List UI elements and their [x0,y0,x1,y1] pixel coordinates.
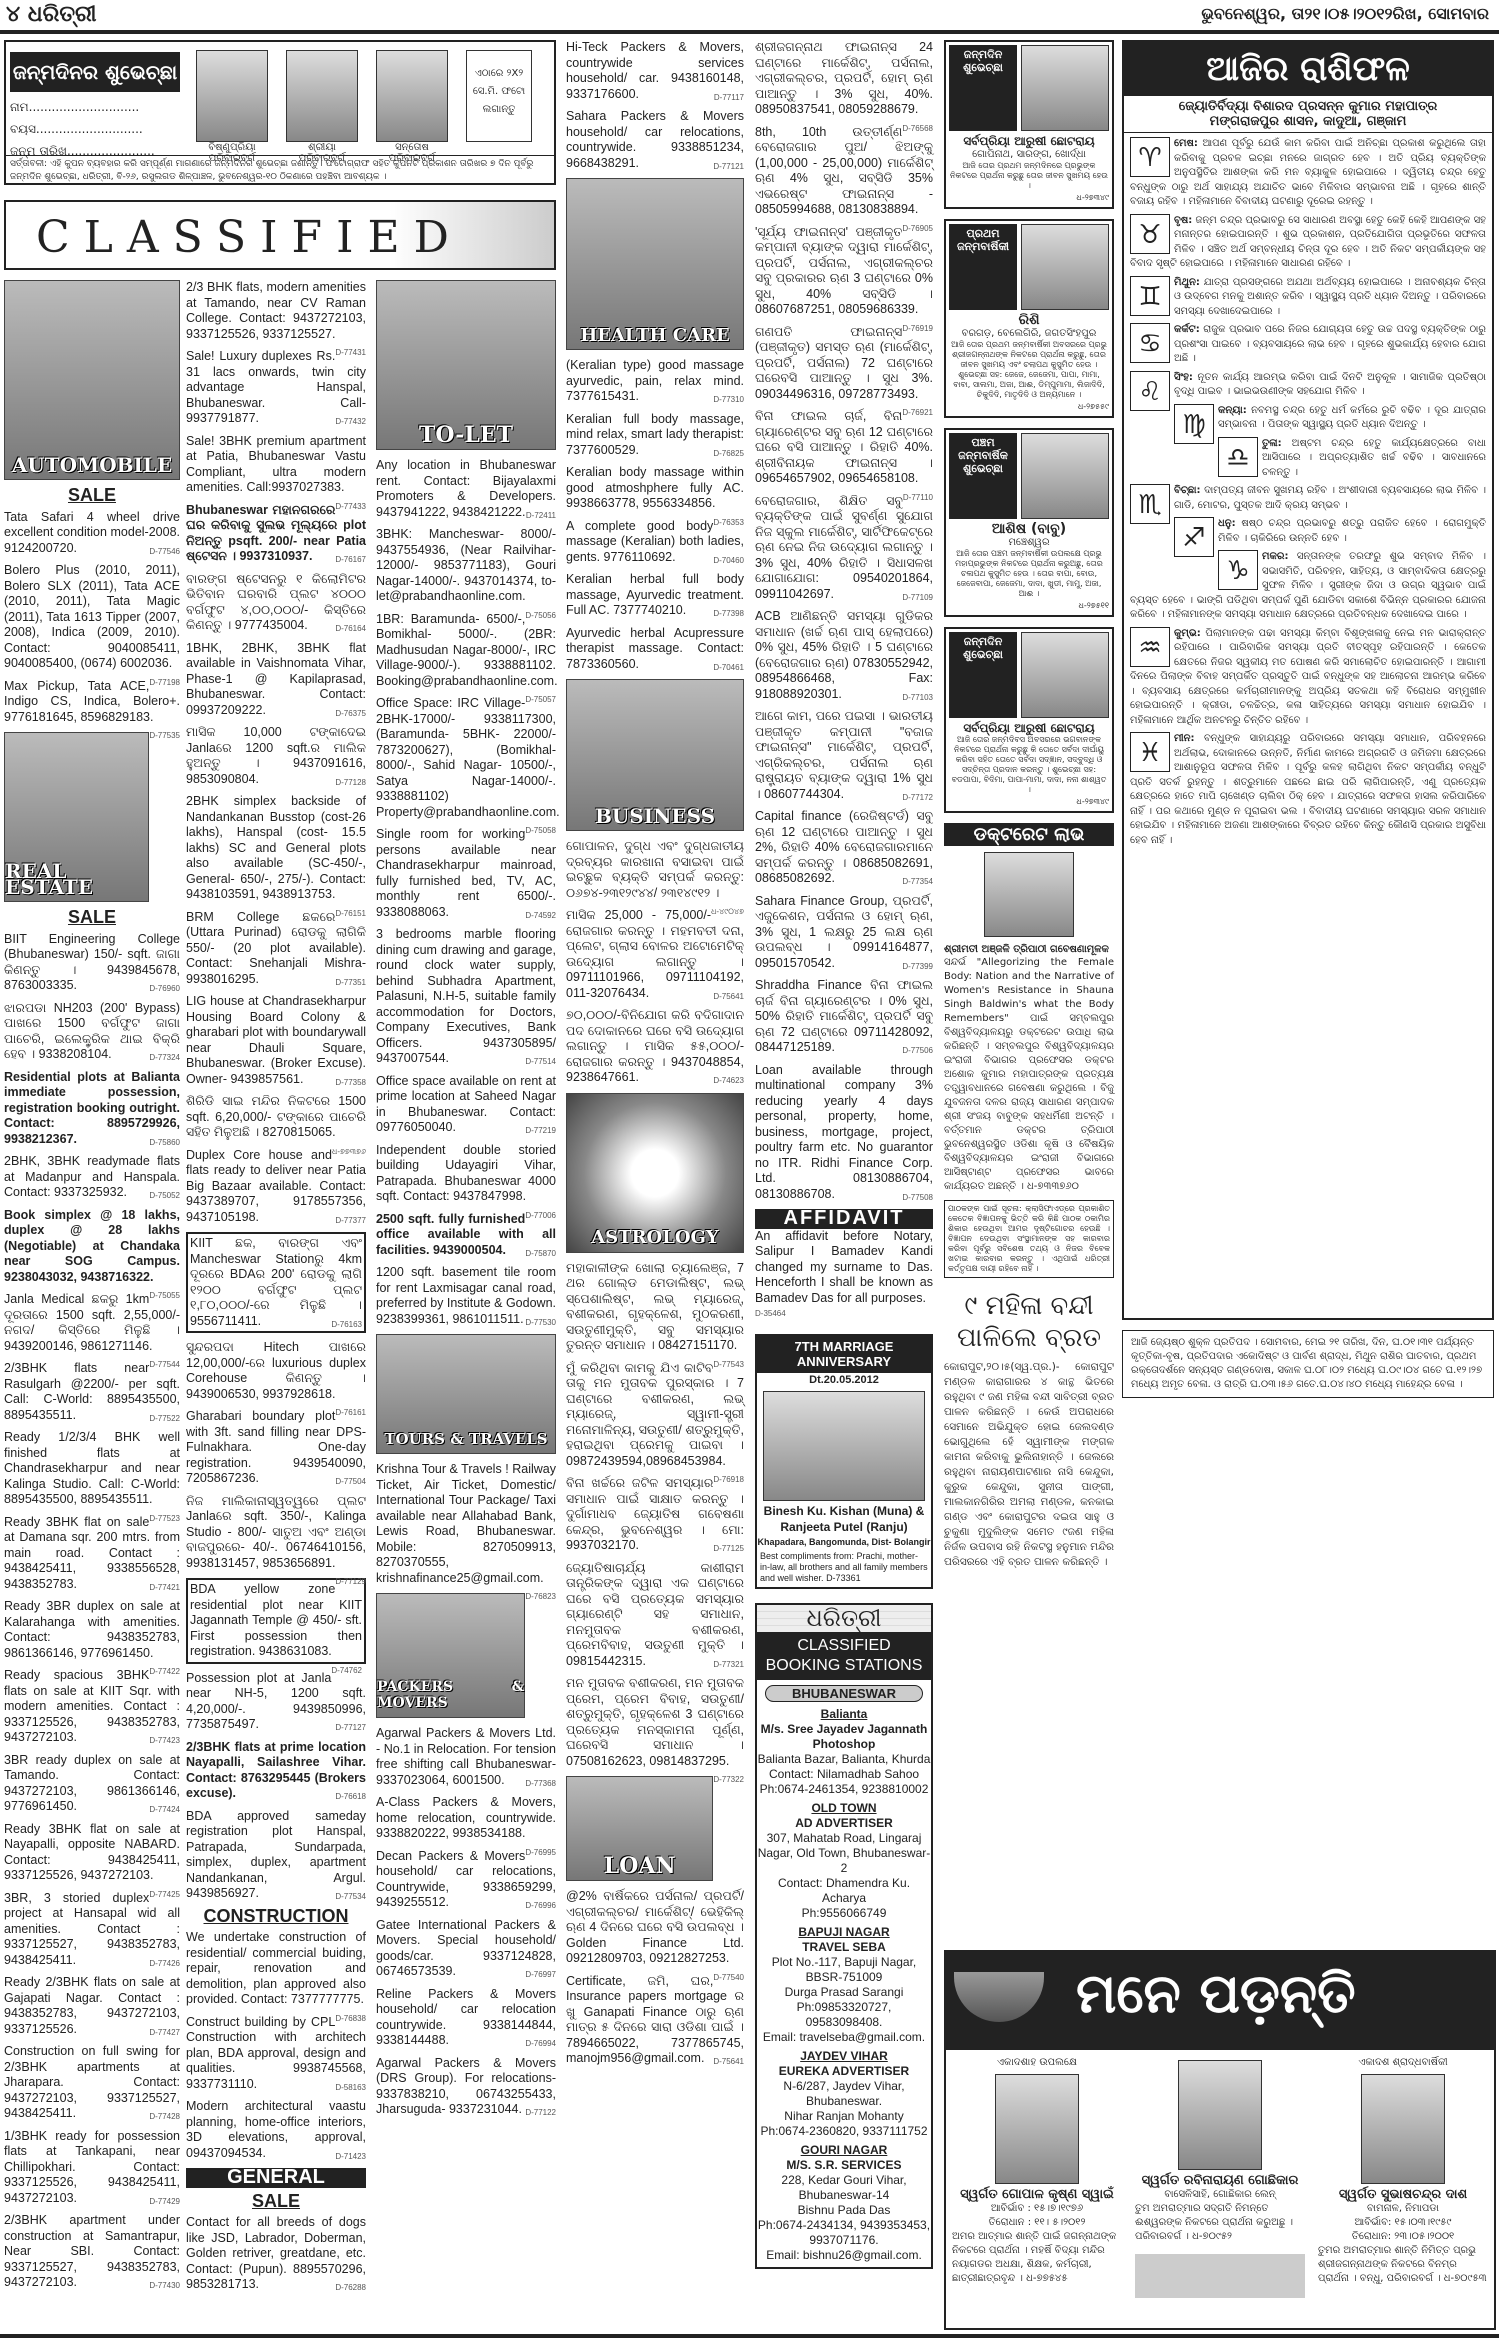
classified-ad: ACB ଆଣିଛନ୍ତି ସମସ୍ୟା ଗୁଡିକର ସମାଧାନ (ଖର୍ଚ୍… [755,609,933,702]
classified-ad: 3BHK: Mancheswar- 8000/- 9437554936, (Ne… [376,527,556,605]
coupon-photo: ସନ୍ତୋଷପରିବାରବର୍ଗ [376,50,448,164]
section-heading-general: GENERAL [186,2168,366,2188]
classified-ad: ବେରୋଜଗାର, ଶିକ୍ଷିତ ସବୁ ବ୍ୟକ୍ତିଙ୍କ ପାଇଁ ସୁ… [755,494,933,603]
classified-ad: 'ସୂର୍ଯ୍ୟ ଫାଇନାନ୍ସ' ପଞ୍ଜୀକୃତ କମ୍ପାନୀ ବ୍ୟା… [755,225,933,318]
booking-station: GOURI NAGARM/S. S.R. SERVICES228, Kedar … [757,2143,931,2263]
business-image: BUSINESS [566,679,744,831]
section-heading-sale: SALE [4,910,180,926]
booking-stations-box: ଧରିତ୍ରୀ CLASSIFIEDBOOKING STATIONS BHUBA… [755,1603,933,2269]
gray-placeholder [1135,2254,1305,2298]
classified-ad: ବିନା ଫାଇଲ ଚାର୍ଜ, ବିନା ଗ୍ୟାରେଣ୍ଟର ସବୁ ଋଣ … [755,409,933,487]
section-heading-sale: SALE [4,488,180,504]
classified-ad: 1/3BHK ready for possession flats at Tan… [4,2129,180,2207]
classified-ad: Construction on full swing for 2/3BHK ap… [4,2044,180,2122]
classified-ad: ବିନା ଖର୍ଚ୍ଚରେ ଜଟିଳ ସମସ୍ୟାର ସମାଧାନ ପାଇଁ ସ… [566,1476,744,1554]
classified-ad: Bolero Plus (2010, 2011), Bolero SLX (20… [4,563,180,672]
sign-entry: ♒କୁମ୍ଭ: ପିଲାମାନଙ୍କ ପଢା ସମସ୍ୟା କିମ୍ବା ବିଶ… [1130,627,1486,729]
couple-names: Binesh Ku. Kishan (Muna) & Ranjeeta Pute… [757,1504,931,1535]
classified-ad: 1BHK, 2BHK, 3BHK flat available in Vaish… [186,641,366,719]
affidavit-notice: An affidavit before Notary, Salipur I Ba… [755,1229,933,1322]
child-photo [196,50,268,142]
zodiac-icon: ♏ [1130,484,1170,524]
classified-ad: Sale! Luxury duplexes Rs. 31 lacs onward… [186,349,366,427]
classified-ad: ଗଣପତି ଫାଇନାନ୍ସ (ପଞ୍ଜୀକୃତ) ସମସ୍ତ ଋଣ (ମାର୍… [755,325,933,403]
classified-ad: 3 bedrooms marble flooring dining cum dr… [376,927,556,1067]
classified-ad: BRM College ଛକରେ (Uttara Purinad) ରୋଡକୁ … [186,910,366,988]
classified-ad: Ready 1/2/3/4 BHK well finished flats at… [4,1430,180,1508]
section-heading-affidavit: AFFIDAVIT [755,1209,933,1229]
classified-ad: Loan available through multinational com… [755,1063,933,1203]
classified-ad: Residential plots at Balianta immediate … [4,1070,180,1148]
classified-ad: Ayurvedic herbal Acupressure therapist m… [566,626,744,673]
horoscope-section: ଆଜିର ରାଶିଫଳ ଜ୍ୟୋତିର୍ବିଦ୍ୟା ବିଶାରଦ ପ୍ରସନ୍… [1122,40,1494,1320]
classified-ad: 2/3BHK flats at prime location Nayapalli… [186,1740,366,1802]
child-photo [286,50,358,142]
classified-ad: ମାସିକ 25,000 - 75,000/- ରୋଜଗାର କରନ୍ତୁ । … [566,908,744,1001]
obituary-entry: ଏକାଦଶାହ ଉପଲକ୍ଷେ ସ୍ୱର୍ଗତ ଗୋପାଳ କୃଷ୍ଣ ସ୍ୱା… [952,2056,1122,2298]
classified-ad: Reline Packers & Movers household/ car r… [376,1987,556,2049]
sign-entry: ♊ମିଥୁନ: ଯାତ୍ରା ପ୍ରସଙ୍ଗରେ ଅଯଥା ଅର୍ଥବ୍ୟୟ ହ… [1130,276,1486,320]
column-greetings-news: ଜନ୍ମଦିନ ଶୁଭେଚ୍ଛା ସର୍ବପ୍ରିୟା ଆରୁଷୀ ଛୋଟରାୟ… [944,40,1114,1570]
classified-ad: Office space available on rent at prime … [376,1074,556,1136]
column-health-business-astrology-loan: Hi-Teck Packers & Movers, countrywide se… [566,40,744,2074]
city-pill: BHUBANESWAR [765,1685,923,1702]
classified-ad: 1200 sqft. basement tile room for rent L… [376,1265,556,1327]
zodiac-icon: ♋ [1130,323,1170,363]
oil-lamp-icon [954,1972,1044,2022]
classified-ad: Ready spacious 3BHK flats on sale at KII… [4,1668,180,1746]
header-rule [0,30,1499,34]
classified-ad: 2BHK, 3BHK readymade flats at Madanpur a… [4,1154,180,1201]
astrologer-name: ଜ୍ୟୋତିର୍ବିଦ୍ୟା ବିଶାରଦ ପ୍ରସନ୍ନ କୁମାର ମହାପ… [1124,99,1492,114]
to-let-image: TO-LET [376,280,556,450]
sign-entry: ♋କର୍କଟ: ରାଜୁକ ପ୍ରଭାବ ପରେ ନିଜର ଯୋଗ୍ୟତା ହେ… [1130,323,1486,367]
classified-ad: ଗୋପାଳନ, ଦୁଗ୍ଧ ଏବଂ ଦୁଗ୍ଧଜାତୀୟ ଦ୍ରବ୍ୟର କାର… [566,839,744,901]
classified-ad: Gatee International Packers & Movers. Sp… [376,1918,556,1980]
classified-ad: Ready 2/3BHK flats on sale at Gajapati N… [4,1975,180,2037]
portrait-photo [1178,2060,1262,2170]
sign-entry: ♉ବୃଷ: ଜନ୍ମ ଚନ୍ଦ୍ର ପ୍ରଭାବରୁ ସେ ସାଧାରଣ ଅବସ… [1130,214,1486,272]
coupon-title: ଜନ୍ମଦିନର ଶୁଭେଚ୍ଛା [10,52,180,92]
classified-ad: Any location in Bhubaneswar rent. Contac… [376,458,556,520]
classified-ad: 8th, 10th ଉତ୍ତୀର୍ଣ୍ଣ ବେରୋଜଗାର ପୁଅ/ ଝିଅଙ୍… [755,125,933,218]
portrait-photo [1361,2074,1445,2184]
classified-ad: ମହାକାଳୀଙ୍କ ଖୋଲା ଚ୍ୟାଲେଞ୍ଜ, 7 ଥର ଗୋଲ୍ଡ ମେ… [566,1261,744,1354]
astrology-image: ASTROLOGY [566,1093,744,1253]
child-photo [1021,45,1109,131]
anniversary-ad: 7TH MARRIAGE ANNIVERSARY Dt.20.05.2012 B… [755,1334,933,1589]
doctorate-heading: ଡକ୍ଟରେଟ ଲାଭ [944,823,1114,846]
zodiac-icon: ♈ [1130,137,1170,177]
birthday-coupon: ଜନ୍ମଦିନର ଶୁଭେଚ୍ଛା ନାମ...................… [4,40,556,185]
classified-ad: Agarwal Packers & Movers (DRS Group). Fo… [376,2056,556,2118]
classified-ad: ଜ୍ୟୋତିଷାଚାର୍ଯ୍ୟ କାଶୀରାମ ତାନ୍ତ୍ରିକଙ୍କ ଦ୍ୱ… [566,1561,744,1670]
classified-ad: 2/3 BHK flats, modern amenities at Taman… [186,280,366,342]
section-heading-sale: SALE [186,2194,366,2210]
adult-photo [376,50,448,142]
classified-ad: Contact for all breeds of dogs like JSD,… [186,2215,366,2293]
classified-ad: Ready 3BR duplex on sale at Kalarahanga … [4,1599,180,1661]
classified-ad: Duplex Core house and flats ready to del… [186,1148,366,1226]
anniversary-wishes: Best compliments from: Prachi, mother-in… [757,1551,931,1587]
classified-ad: 1BR: Baramunda- 6500/-, Bomikhal- 5000/-… [376,612,556,690]
reader-notice: ପାଠକଙ୍କ ପାଇଁ ସୂଚନା: କ୍ଲାସିଫାଏଡ୍‌ରେ ପ୍ରକା… [944,1200,1114,1278]
coupon-terms: ସର୍ତ୍ତାବଳୀ: ଏହି କୁପନ ବ୍ୟବହାର କରି ସମ୍ପୂର୍… [6,155,554,186]
classified-ad: Book simplex @ 18 lakhs, duplex @ 28 lak… [4,1208,180,1286]
classified-ad: Ready 3BHK flat on sale at Nayapalli, op… [4,1822,180,1884]
section-heading-construction: CONSTRUCTION [186,1909,366,1925]
classified-ad: Tata Safari 4 wheel drive excellent cond… [4,510,180,557]
sign-entry: ♓ମୀନ: ବନ୍ଧୁଙ୍କ ସାହାଯ୍ୟରୁ ପରିବାରରେ ସମସ୍ୟା… [1130,732,1486,848]
health-care-image: HEALTH CARE [566,178,744,350]
classified-ad: Sale! 3BHK premium apartment at Patia, B… [186,434,366,496]
booking-station: OLD TOWNAD ADVERTISER307, Mahatab Road, … [757,1801,931,1921]
classified-ad: 2BHK simplex backside of Nandankanan Bus… [186,794,366,903]
child-photo [1021,224,1109,310]
classified-ad: ଶିରିଡି ସାଇ ମନ୍ଦିର ନିକଟରେ 1500 sqft. 6,20… [186,1094,366,1141]
packers-movers-image: PACKERS & MOVERS [376,1593,525,1718]
classified-ad: ଆଗେ କାମ, ପରେ ପଇସା । ଭାରତୀୟ ପଞ୍ଜୀକୃତ କମ୍ପ… [755,709,933,802]
doctorate-title: ଶ୍ରୀମତୀ ଅଞ୍ଜଳି ତ୍ରିପାଠୀ ଗବେଷଣାମୂଳକ [944,943,1114,956]
obituary-entry: ସ୍ୱର୍ଗତ ରବିନାରାୟଣ ଗୋଛିକାର ବାସେଳିସାହି, ଗୋ… [1135,2056,1305,2298]
zodiac-icon: ♎ [1218,437,1258,477]
obituary-banner: ମନେ ପଡ଼ନ୍ତି [946,1952,1494,2050]
classified-ad: ମନ ମୁତାବକ ବଶୀକରଣ, ମନ ମୁତାବକ ପ୍ରେମ, ପ୍ରେମ… [566,1676,744,1769]
real-estate-image: REAL ESTATE [4,732,149,902]
classified-ad: Keralian herbal full body massage, Ayurv… [566,572,744,619]
sign-entry: ♈ମେଷ: ଆପଣ ପୂର୍ବରୁ ଯେଉଁ କାମ କରିବା ପାଇଁ ଅନ… [1130,137,1486,210]
classified-ad: Independent double storied building Uday… [376,1143,556,1205]
doctorate-text: ସନ୍ଦର୍ଭ "Allegorizing the Female Body: N… [944,956,1114,1194]
booking-station: BaliantaM/s. Sree Jayadev Jagannath Phot… [757,1707,931,1797]
classified-ad: ୭୦,୦୦୦/-ବିନିଯୋଗ କରି ବଦିଗାଦାନ ପଦ ଦୋକାନରେ … [566,1008,744,1086]
classified-ad: Krishna Tour & Travels ! Railway Ticket,… [376,1462,556,1586]
classified-banner: CLASSIFIED [4,200,556,270]
coupon-field-name[interactable]: ନାମ............................. [10,100,139,115]
classified-ad: Office Space: IRC Village- 2BHK-17000/- … [376,696,556,820]
sign-entry: ♍କନ୍ୟା: ନବମସ୍ଥ ଚନ୍ଦ୍ର ହେତୁ ଧର୍ମ କର୍ମରେ ର… [1130,404,1486,433]
obituary-entry: ଏକାଦଶ ଶ୍ରାଦ୍ଧବାର୍ଷିକୀ ସ୍ୱର୍ଗତ ସୁଭାଷଚନ୍ଦ୍… [1318,2056,1488,2298]
classified-ad: Ready 3BHK flat on sale at Damana sqr. 2… [4,1515,180,1593]
sign-entry: ♐ଧନୁ: ଷଷ୍ଠ ଚନ୍ଦ୍ର ପ୍ରଭାବରୁ ଶତ୍ରୁ ପରାଜିତ … [1130,517,1486,546]
real-estate-ads-list: BIIT Engineering College (Bhubaneswar) 1… [4,932,180,2291]
zodiac-icon: ♉ [1130,214,1170,254]
child-photo [1021,632,1109,718]
classified-ad: Keralian body massage within good atmosh… [566,465,744,512]
child-photo [1021,433,1109,519]
classified-ad: Possession plot at Janla near NH-5, 1200… [186,1671,366,1733]
classified-ad: (Keralian type) good massage ayurvedic, … [566,358,744,405]
sign-entry: ♏ବିଚ୍ଛା: ଦାମ୍ପତ୍ୟ ଜୀବନ ସୁଖମୟ ରହିବ । ଅଂଶୀ… [1130,484,1486,513]
coupon-field-age[interactable]: ବୟସ............................ [10,122,143,137]
classified-ad: 3BR, 3 storied duplex project at Hansapa… [4,1891,180,1969]
zodiac-icon: ♍ [1174,404,1214,444]
zodiac-icon: ♊ [1130,276,1170,316]
panjika-box: ଆଜି ଜ୍ୟେଷ୍ଠ ଶୁକ୍ଳ ପ୍ରତିପଦ । ସୋମବାର, ମେଇ … [1122,1330,1494,1398]
dharitri-logo: ଧରିତ୍ରୀ [757,1605,931,1632]
news-body: କୋରାପୁଟ,୨୦।୫(ସ୍ୱ.ପ୍ର.)- କୋରାପୁଟ ମଣ୍ଡଳ କା… [944,1360,1114,1570]
tours-travels-image: TOURS & TRAVELS [376,1334,556,1454]
birthday-greeting: ଜନ୍ମଦିନ ଶୁଭେଚ୍ଛା ସର୍ବପ୍ରିୟା ଆରୁଷୀ ଛୋଟରାୟ… [944,627,1114,813]
classified-ad: Hi-Teck Packers & Movers, countrywide se… [566,40,744,102]
classified-ad: Gharabari boundary plot with 3ft. sand f… [186,1409,366,1487]
classified-ad: ସୁନ୍ଦରପଦା Hitech ପାଖରେ 12,00,000/-ରେ lux… [186,1340,366,1402]
classified-ad: BDA approved sameday registration plot H… [186,1809,366,1902]
horoscope-list: ♈ମେଷ: ଆପଣ ପୂର୍ବରୁ ଯେଉଁ କାମ କରିବା ପାଇଁ ଅନ… [1124,133,1492,856]
page-label: ୪ ଧରିତ୍ରୀ [6,2,97,27]
news-headline: ୯ ମହିଳା ବନ୍ଦୀ ପାଳିଲେ ବ୍ରତ [944,1290,1114,1354]
booking-station: JAYDEV VIHAREUREKA ADVERTISERN-6/287, Ja… [757,2049,931,2139]
couple-photo [763,1391,925,1501]
couple-place: Khapadara, Bangomunda, Dist- Bolangir [757,1535,931,1551]
zodiac-icon: ♌ [1130,371,1170,411]
classified-ad: Sahara Finance Group, ପ୍ରପର୍ଟି, ଏଜୁକେଶନ,… [755,894,933,972]
loan-image: LOAN [566,1776,713,1881]
boxed-classified-ad: BDA yellow zone residential plot near KI… [186,1578,366,1664]
zodiac-icon: ♑ [1218,550,1258,590]
classified-ad: ବାରଙ୍ଗ ଷ୍ଟେସନରୁ ୧ କିଲୋମିଟର ଭିତିବାନ ଘରବାର… [186,572,366,634]
coupon-photo: ଶ୍ରୀୟାପରିବାରବର୍ଗ [286,50,358,164]
coupon-photo: ବିଷ୍ଣୁପ୍ରିୟାପରିବାରବର୍ଗ [196,50,268,164]
zodiac-icon: ♒ [1130,627,1170,667]
anniversary-date: Dt.20.05.2012 [757,1373,931,1389]
column-automobile-realestate: AUTOMOBILE SALE Tata Safari 4 wheel driv… [4,280,180,2298]
astrologer-place: ମଙ୍ଗରାଜପୁର ଶାସନ, କାଦୁଆ, ଗଞ୍ଜାମ [1124,114,1492,133]
classified-ad: BIIT Engineering College (Bhubaneswar) 1… [4,932,180,994]
classified-ad: Capital finance (ରେଜିଷ୍ଟର୍ଡ) ସବୁ ଋଣ 12 ଘ… [755,809,933,887]
zodiac-icon: ♐ [1174,517,1214,557]
page-header: ୪ ଧରିତ୍ରୀ ଭୁବନେଶ୍ୱର, ତା୨୧।୦୫।୨୦୧୨ରିଖ, ସୋ… [0,0,1499,32]
column-finance-affidavit-booking: ଶ୍ରୀଜଗନ୍ନାଥ ଫାଇନାନ୍ସ 24 ଘଣ୍ଟାରେ ମାର୍କେଶି… [755,40,933,2269]
boxed-classified-ad: KIIT ଛକ, ବାରଙ୍ଗ ଏବଂ Mancheswar Stationରୁ… [186,1232,366,1333]
birthday-greeting: ପ୍ରଥମ ଜନ୍ମବାର୍ଷିକୀ ରିଶି ବରଗଡ଼, ବେଲେଗିରି,… [944,219,1114,418]
doctorate-photo [984,852,1074,937]
classified-ad: 2/3BHK apartment under construction at S… [4,2213,180,2291]
classified-ad: 3BR ready duplex on sale at Tamando. Con… [4,1753,180,1815]
classified-ad: Construct building by CPL Construction w… [186,2015,366,2093]
classified-ad: Sahara Packers & Movers household/ car r… [566,109,744,171]
classified-ad: ମୁଁ କରିଥିବା କାମକୁ ଯିଏ କାଟିବ ତାକୁ ମନ ମୁତା… [566,1361,744,1470]
portrait-photo [995,2074,1079,2184]
classified-ad: Shraddha Finance ବିନା ଫାଇଲ ଚାର୍ଜ ବିନା ଗ୍… [755,978,933,1056]
classified-ad: Certificate, ଜମି, ଘର, Insurance papers m… [566,1974,744,2067]
classified-ad: Single room for working persons availabl… [376,827,556,920]
column-to-let-travel-packers: TO-LET Any location in Bhubaneswar rent.… [376,280,556,2125]
obituary-section: ମନେ ପଡ଼ନ୍ତି ଏକାଦଶାହ ଉପଲକ୍ଷେ ସ୍ୱର୍ଗତ ଗୋପା… [944,1950,1496,2330]
footer-rule [0,2334,1499,2338]
classified-ad: We undertake construction of residential… [186,1930,366,2008]
birthday-greeting: ଜନ୍ମଦିନ ଶୁଭେଚ୍ଛା ସର୍ବପ୍ରିୟା ଆରୁଷୀ ଛୋଟରାୟ… [944,40,1114,209]
classified-ad: ଝାରପଡା NH203 (200' Bypass) ପାଖରେ 1500 ବର… [4,1001,180,1063]
classified-ad: A-Class Packers & Movers, home relocatio… [376,1795,556,1842]
horoscope-title: ଆଜିର ରାଶିଫଳ [1124,42,1492,96]
anniversary-title: 7TH MARRIAGE ANNIVERSARY [757,1336,931,1373]
classified-ad: Modern architectural vaastu planning, ho… [186,2099,366,2161]
sign-entry: ♑ମକର: ସନ୍ତାନଙ୍କ ତରଫରୁ ଶୁଭ ସମ୍ବାଦ ମିଳିବ ।… [1130,550,1486,623]
classified-ad: Keralian full body massage, mind relax, … [566,412,744,459]
column-real-estate-2: 2/3 BHK flats, modern amenities at Taman… [186,280,366,2300]
dateline: ଭୁବନେଶ୍ୱର, ତା୨୧।୦୫।୨୦୧୨ରିଖ, ସୋମବାର [1201,4,1489,24]
automobile-image: AUTOMOBILE [4,280,180,480]
classified-ad: ମାସିକ 10,000 ଟଙ୍କାଦେଇ Janlaରେ 1200 sqft.… [186,725,366,787]
classified-ad: Agarwal Packers & Movers Ltd. - No.1 in … [376,1726,556,1788]
sign-entry: ♌ସିଂହ: ନୂତନ କାର୍ଯ୍ୟ ଆରମ୍ଭ କରିବା ପାଇଁ ଦିନ… [1130,371,1486,400]
auto-ads-list: Tata Safari 4 wheel drive excellent cond… [4,510,180,726]
classified-ad: ଶ୍ରୀଜଗନ୍ନାଥ ଫାଇନାନ୍ସ 24 ଘଣ୍ଟାରେ ମାର୍କେଶି… [755,40,933,118]
zodiac-icon: ♓ [1130,732,1170,772]
birthday-greeting: ପଞ୍ଚମ ଜନ୍ମବାର୍ଷିକ ଶୁଭେଚ୍ଛା ଆଶିଷ (ବାବୁ) ମ… [944,428,1114,617]
classified-ad: @2% ବାର୍ଷିକରେ ପର୍ସନାଲ/ ପ୍ରପର୍ଟି/ ଏଗ୍ରୀକଲ… [566,1889,744,1967]
booking-station: BAPUJI NAGARTRAVEL SEBAPlot No.-117, Bap… [757,1925,931,2045]
photo-placeholder: ଏଠାରେ ୨X୨ ସେ.ମି. ଫଟୋ ଲଗାନ୍ତୁ [466,50,532,142]
classified-ad: ନିଜ ମାଲିକାନାସ୍ୱତ୍ୱରେ ପ୍ଲଟ Janlaରେ sqft. … [186,1494,366,1572]
booking-title: CLASSIFIEDBOOKING STATIONS [757,1632,931,1680]
classified-ad: LIG house at Chandrasekharpur Housing Bo… [186,994,366,1087]
